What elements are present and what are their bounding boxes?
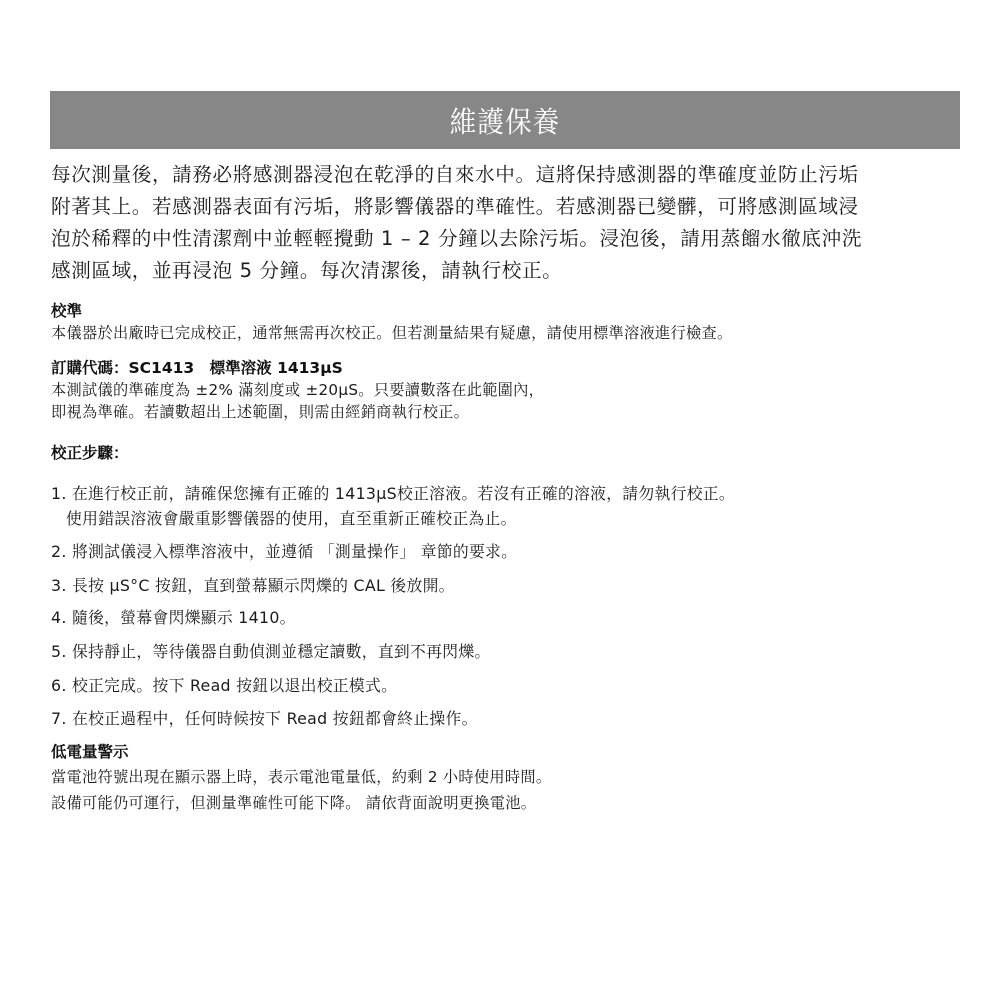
step-item: 7. 在校正過程中，任何時候按下 Read 按鈕都會終止操作。	[51, 706, 478, 729]
step-item: 6. 校正完成。按下 Read 按鈕以退出校正模式。	[51, 673, 397, 696]
step-item: 1. 在進行校正前，請確保您擁有正確的 1413µS校正溶液。若沒有正確的溶液，…	[51, 481, 735, 504]
intro-line: 每次測量後，請務必將感測器浸泡在乾淨的自來水中。這將保持感測器的準確度並防止污垢	[51, 158, 859, 187]
step-item: 2. 將測試儀浸入標準溶液中，並遵循 「測量操作」 章節的要求。	[51, 539, 517, 562]
intro-line: 附著其上。若感測器表面有污垢，將影響儀器的準確性。若感測器已變髒，可將感測區域浸	[51, 190, 859, 219]
section-title: 維護保養	[450, 100, 560, 141]
calibration-body: 本儀器於出廠時已完成校正，通常無需再次校正。但若測量結果有疑慮，請使用標準溶液進…	[51, 322, 732, 343]
low-battery-heading: 低電量警示	[51, 740, 129, 762]
order-heading: 訂購代碼：SC1413 標準溶液 1413µS	[51, 356, 343, 378]
step-item: 5. 保持靜止，等待儀器自動偵測並穩定讀數，直到不再閃爍。	[51, 639, 491, 662]
intro-line: 感測區域，並再浸泡 5 分鐘。每次清潔後，請執行校正。	[51, 254, 562, 283]
intro-line: 泡於稀釋的中性清潔劑中並輕輕攪動 1 – 2 分鐘以去除污垢。浸泡後，請用蒸餾水…	[51, 222, 862, 251]
low-battery-line: 設備可能仍可運行，但測量準確性可能下降。 請依背面說明更換電池。	[51, 792, 536, 813]
section-header-bar: 維護保養	[50, 91, 960, 149]
order-line: 即視為準確。若讀數超出上述範圍，則需由經銷商執行校正。	[51, 401, 469, 422]
step-item: 4. 隨後，螢幕會閃爍顯示 1410。	[51, 605, 296, 628]
step-item-continuation: 使用錯誤溶液會嚴重影響儀器的使用，直至重新正確校正為止。	[66, 506, 517, 529]
step-item: 3. 長按 µS°C 按鈕，直到螢幕顯示閃爍的 CAL 後放開。	[51, 573, 455, 596]
calibration-heading: 校準	[51, 299, 82, 321]
order-line: 本測試儀的準確度為 ±2% 滿刻度或 ±20µS。只要讀數落在此範圍內，	[51, 379, 544, 400]
steps-heading: 校正步驟：	[51, 441, 129, 463]
low-battery-line: 當電池符號出現在顯示器上時，表示電池電量低，約剩 2 小時使用時間。	[51, 766, 551, 787]
